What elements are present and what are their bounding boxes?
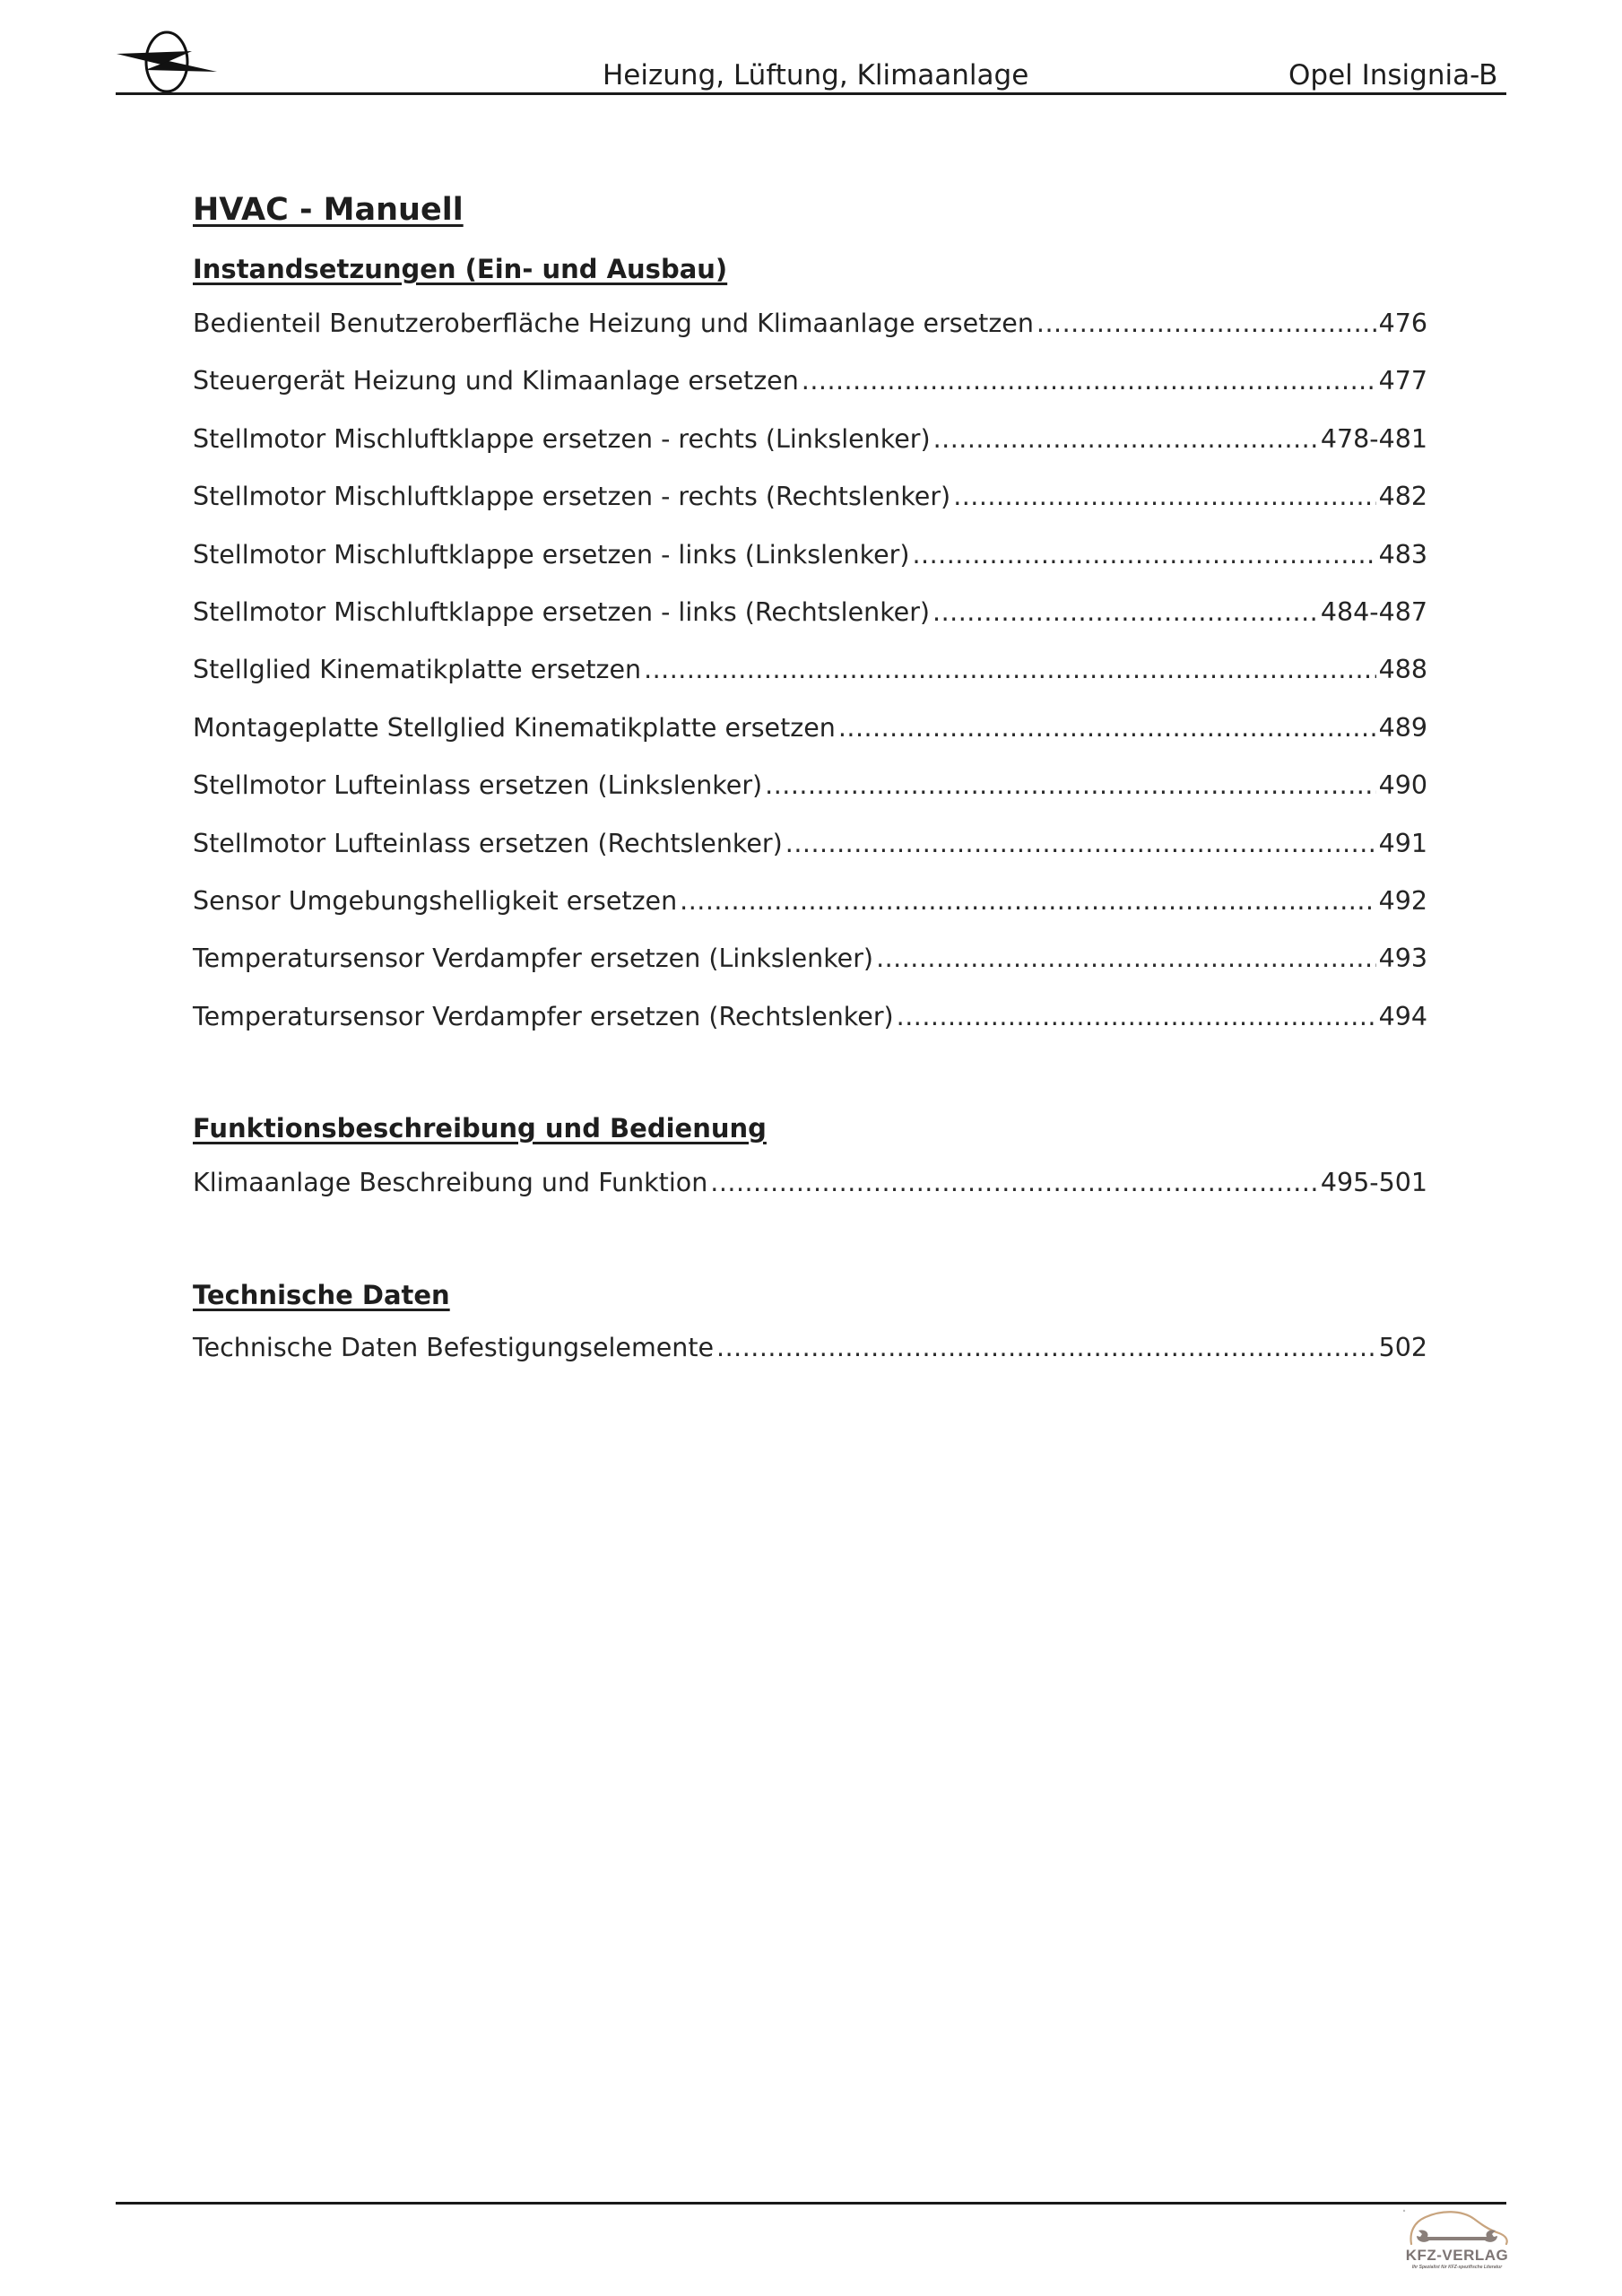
toc-entry-label: Stellmotor Mischluftklappe ersetzen - re… (193, 481, 950, 513)
toc-entry-label: Stellmotor Mischluftklappe ersetzen - re… (193, 423, 931, 456)
dot-leader (680, 885, 1375, 918)
toc-entry[interactable]: Montageplatte Stellglied Kinematikplatte… (193, 712, 1427, 770)
opel-blitz-logo-icon (115, 30, 219, 93)
toc-entry[interactable]: Klimaanlage Beschreibung und Funktion495… (193, 1167, 1427, 1224)
dot-leader (897, 1001, 1376, 1033)
toc-entry-page: 495-501 (1321, 1167, 1427, 1199)
dot-leader (1037, 308, 1376, 340)
toc-entry-page: 478-481 (1321, 423, 1427, 456)
dot-leader (876, 943, 1376, 975)
toc-entry-page: 490 (1379, 770, 1427, 802)
toc-entry[interactable]: Stellmotor Mischluftklappe ersetzen - li… (193, 539, 1427, 596)
section-heading-instandsetzungen: Instandsetzungen (Ein- und Ausbau) (193, 252, 727, 286)
toc-list-instandsetzungen: Bedienteil Benutzeroberfläche Heizung un… (193, 308, 1427, 1058)
toc-entry-label: Steuergerät Heizung und Klimaanlage erse… (193, 365, 799, 397)
dot-leader (765, 770, 1375, 802)
toc-entry-label: Temperatursensor Verdampfer ersetzen (Re… (193, 1001, 894, 1033)
toc-entry-page: 493 (1379, 943, 1427, 975)
toc-entry-label: Stellmotor Lufteinlass ersetzen (Rechtsl… (193, 828, 783, 860)
toc-entry-label: Sensor Umgebungshelligkeit ersetzen (193, 885, 677, 918)
header-vehicle-name: Opel Insignia-B (1288, 57, 1497, 93)
dot-leader (932, 596, 1318, 629)
toc-entry-page: 492 (1379, 885, 1427, 918)
footer-divider (116, 2202, 1506, 2205)
toc-entry-page: 476 (1379, 308, 1427, 340)
toc-entry[interactable]: Steuergerät Heizung und Klimaanlage erse… (193, 365, 1427, 422)
dot-leader (785, 828, 1376, 860)
dot-leader (838, 712, 1376, 744)
publisher-tagline: Ihr Spezialist für KFZ-spezifische Liter… (1399, 2265, 1515, 2271)
toc-list-funktionsbeschreibung: Klimaanlage Beschreibung und Funktion495… (193, 1167, 1427, 1224)
toc-entry-label: Technische Daten Befestigungselemente (193, 1332, 714, 1364)
toc-entry[interactable]: Sensor Umgebungshelligkeit ersetzen492 (193, 885, 1427, 943)
toc-entry[interactable]: Technische Daten Befestigungselemente502 (193, 1332, 1427, 1389)
dot-leader (933, 423, 1318, 456)
toc-entry[interactable]: Temperatursensor Verdampfer ersetzen (Re… (193, 1001, 1427, 1058)
toc-entry-label: Stellmotor Mischluftklappe ersetzen - li… (193, 539, 909, 571)
toc-entry-page: 477 (1379, 365, 1427, 397)
toc-entry[interactable]: Stellmotor Mischluftklappe ersetzen - li… (193, 596, 1427, 654)
dot-leader (802, 365, 1376, 397)
section-heading-technische-daten: Technische Daten (193, 1278, 450, 1312)
toc-entry-label: Stellmotor Lufteinlass ersetzen (Linksle… (193, 770, 762, 802)
toc-entry[interactable]: Stellglied Kinematikplatte ersetzen488 (193, 654, 1427, 711)
toc-entry[interactable]: Stellmotor Lufteinlass ersetzen (Rechtsl… (193, 828, 1427, 885)
document-title: HVAC - Manuell (193, 190, 464, 230)
toc-list-technische-daten: Technische Daten Befestigungselemente502 (193, 1332, 1427, 1389)
toc-entry-page: 489 (1379, 712, 1427, 744)
header-section-title: Heizung, Lüftung, Klimaanlage (603, 57, 1028, 93)
toc-entry-page: 482 (1379, 481, 1427, 513)
toc-entry-label: Montageplatte Stellglied Kinematikplatte… (193, 712, 836, 744)
dot-leader (912, 539, 1375, 571)
toc-entry-page: 491 (1379, 828, 1427, 860)
section-heading-funktionsbeschreibung: Funktionsbeschreibung und Bedienung (193, 1111, 767, 1145)
toc-entry[interactable]: Bedienteil Benutzeroberfläche Heizung un… (193, 308, 1427, 365)
toc-entry-label: Temperatursensor Verdampfer ersetzen (Li… (193, 943, 873, 975)
toc-entry-page: 494 (1379, 1001, 1427, 1033)
toc-entry[interactable]: Stellmotor Lufteinlass ersetzen (Linksle… (193, 770, 1427, 827)
toc-entry-page: 484-487 (1321, 596, 1427, 629)
header-divider (116, 92, 1506, 95)
dot-leader (716, 1332, 1376, 1364)
toc-entry-page: 502 (1379, 1332, 1427, 1364)
dot-leader (953, 481, 1375, 513)
toc-entry-label: Stellmotor Mischluftklappe ersetzen - li… (193, 596, 930, 629)
publisher-name: KFZ-VERLAG (1399, 2248, 1515, 2264)
toc-entry[interactable]: Stellmotor Mischluftklappe ersetzen - re… (193, 423, 1427, 481)
dot-leader (644, 654, 1376, 686)
toc-entry-page: 488 (1379, 654, 1427, 686)
toc-entry[interactable]: Stellmotor Mischluftklappe ersetzen - re… (193, 481, 1427, 538)
toc-entry[interactable]: Temperatursensor Verdampfer ersetzen (Li… (193, 943, 1427, 1000)
toc-entry-label: Bedienteil Benutzeroberfläche Heizung un… (193, 308, 1034, 340)
toc-entry-page: 483 (1379, 539, 1427, 571)
toc-entry-label: Stellglied Kinematikplatte ersetzen (193, 654, 641, 686)
toc-entry-label: Klimaanlage Beschreibung und Funktion (193, 1167, 707, 1199)
kfz-verlag-logo-icon: KFZ-VERLAG Ihr Spezialist für KFZ-spezif… (1399, 2208, 1515, 2278)
dot-leader (710, 1167, 1318, 1199)
